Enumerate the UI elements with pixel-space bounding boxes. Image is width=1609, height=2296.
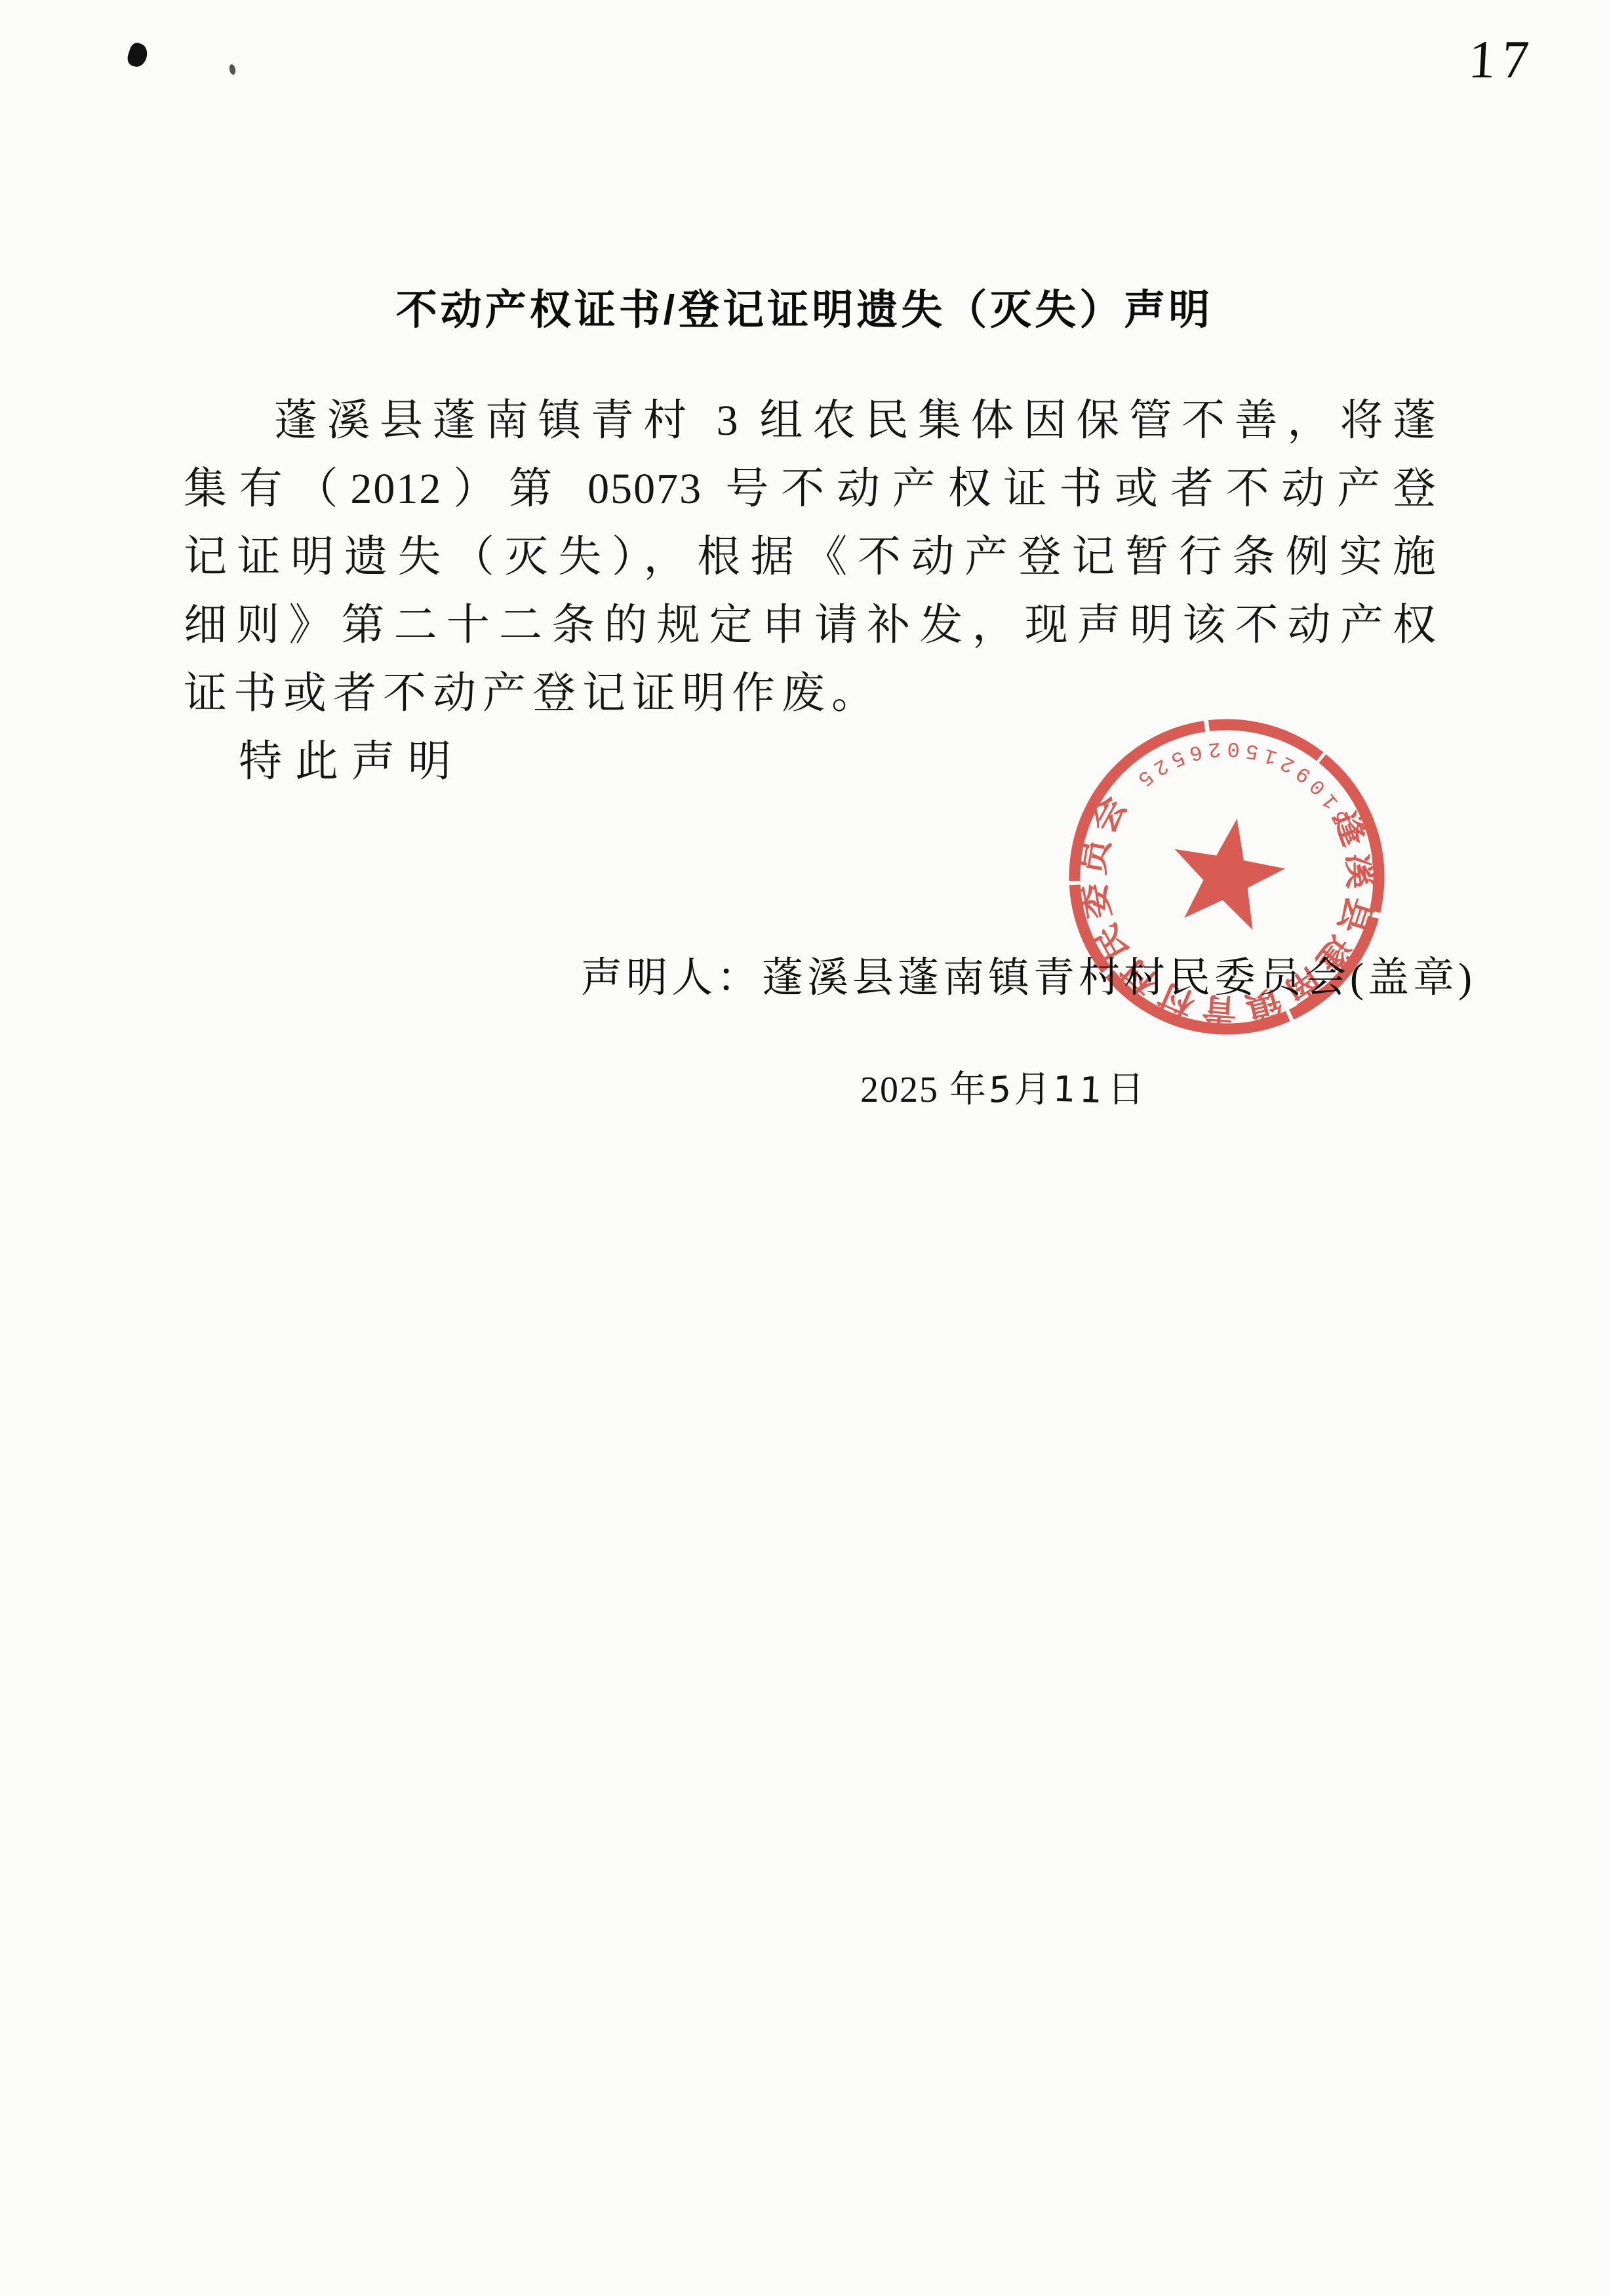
- star-icon: [1163, 809, 1292, 934]
- official-seal-stamp: 蓬溪县蓬南镇青村村民委员会 5109215026525: [1060, 710, 1393, 1043]
- body-line: 细则》第二十二条的规定申请补发，现声明该不动产权: [184, 592, 1437, 660]
- date-month-label: 月: [1014, 1070, 1052, 1110]
- document-page: 17 不动产权证书/登记证明遗失（灭失）声明 蓬溪县蓬南镇青村 3 组农民集体因…: [0, 0, 1609, 2296]
- page-number: 17: [1467, 29, 1538, 91]
- date-year: 2025: [860, 1070, 939, 1110]
- scan-ink-blot: [125, 41, 150, 70]
- date-day-handwritten: 11: [1052, 1063, 1107, 1118]
- body-line: 集有（2012）第 05073 号不动产权证书或者不动产登: [184, 455, 1437, 523]
- body-line: 记证明遗失（灭失），根据《不动产登记暂行条例实施: [184, 523, 1437, 592]
- date-day-label: 日: [1107, 1070, 1145, 1110]
- date-line: 2025 年5月11日: [860, 1064, 1145, 1116]
- body-line: 蓬溪县蓬南镇青村 3 组农民集体因保管不善，将蓬: [184, 387, 1437, 455]
- date-year-label: 年: [949, 1070, 987, 1110]
- date-month-handwritten: 5: [988, 1062, 1013, 1118]
- scan-ink-speck: [228, 64, 236, 75]
- document-title: 不动产权证书/登记证明遗失（灭失）声明: [0, 277, 1609, 336]
- seal-graphic: 蓬溪县蓬南镇青村村民委员会 5109215026525: [1060, 710, 1393, 1043]
